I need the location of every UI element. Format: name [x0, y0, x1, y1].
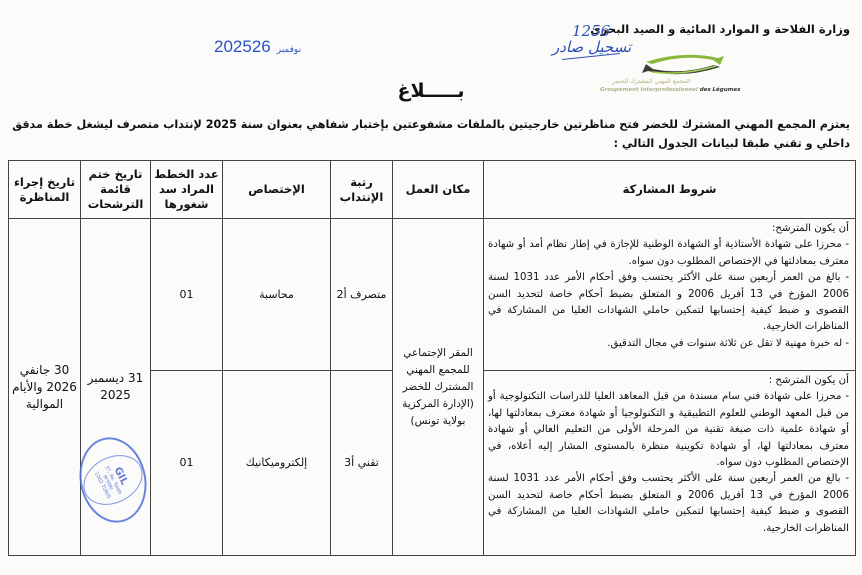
date-month: نوفمبر — [277, 44, 301, 54]
positions-cell: 01 — [151, 219, 223, 371]
header-positions: عدد الخطط المراد سد شغورها — [151, 161, 223, 219]
header-deadline: تاريخ ختم قائمة الترشحات — [81, 161, 151, 219]
header-conditions: شروط المشاركة — [484, 161, 856, 219]
grade-cell: تقني أ3 — [331, 371, 393, 556]
date-stamp: 2025نوفمبر26 — [214, 37, 307, 57]
specialty-cell: إلكتروميكانيك — [223, 371, 331, 556]
condition-item: - محرزا على شهادة الأستاذية أو الشهادة ا… — [488, 237, 849, 270]
ministry-name: وزارة الفلاحة و الموارد المائية و الصيد … — [590, 22, 850, 36]
workplace-cell: المقر الإجتماعي للمجمع المهني المشترك لل… — [393, 219, 484, 556]
header-grade: رتبة الإنتداب — [331, 161, 393, 219]
conditions-lead: أن يكون المترشح: — [488, 221, 849, 237]
table-row: أن يكون المترشح: - محرزا على شهادة الأست… — [9, 219, 856, 371]
condition-item: - بالغ من العمر أربعين سنة على الأكثر يح… — [488, 471, 849, 537]
condition-item: - له خبرة مهنية لا تقل عن ثلاثة سنوات في… — [488, 336, 849, 352]
date-day: 26 — [252, 37, 271, 56]
header-specialty: الإختصاص — [223, 161, 331, 219]
date-year: 2025 — [214, 37, 252, 56]
specialty-cell: محاسبة — [223, 219, 331, 371]
condition-item: - بالغ من العمر أربعين سنة على الأكثر يح… — [488, 270, 849, 336]
arrows-logo-icon — [638, 52, 728, 78]
grade-cell: متصرف أ2 — [331, 219, 393, 371]
condition-item: - محرزا على شهادة فني سام مسندة من قبل ا… — [488, 389, 849, 471]
exam-date-cell: 30 جانفي 2026 والأيام الموالية — [9, 219, 81, 556]
table-header-row: شروط المشاركة مكان العمل رتبة الإنتداب ا… — [9, 161, 856, 219]
intro-paragraph: يعتزم المجمع المهني المشترك للخضر فتح من… — [5, 115, 850, 153]
positions-cell: 01 — [151, 371, 223, 556]
conditions-lead: أن يكون المترشح : — [488, 373, 849, 389]
conditions-cell: أن يكون المترشح : - محرزا على شهادة فني … — [484, 371, 856, 556]
header-exam-date: تاريخ إجراء المناظرة — [9, 161, 81, 219]
conditions-cell: أن يكون المترشح: - محرزا على شهادة الأست… — [484, 219, 856, 371]
document-title: بـــــلاغ — [0, 80, 862, 102]
header-workplace: مكان العمل — [393, 161, 484, 219]
